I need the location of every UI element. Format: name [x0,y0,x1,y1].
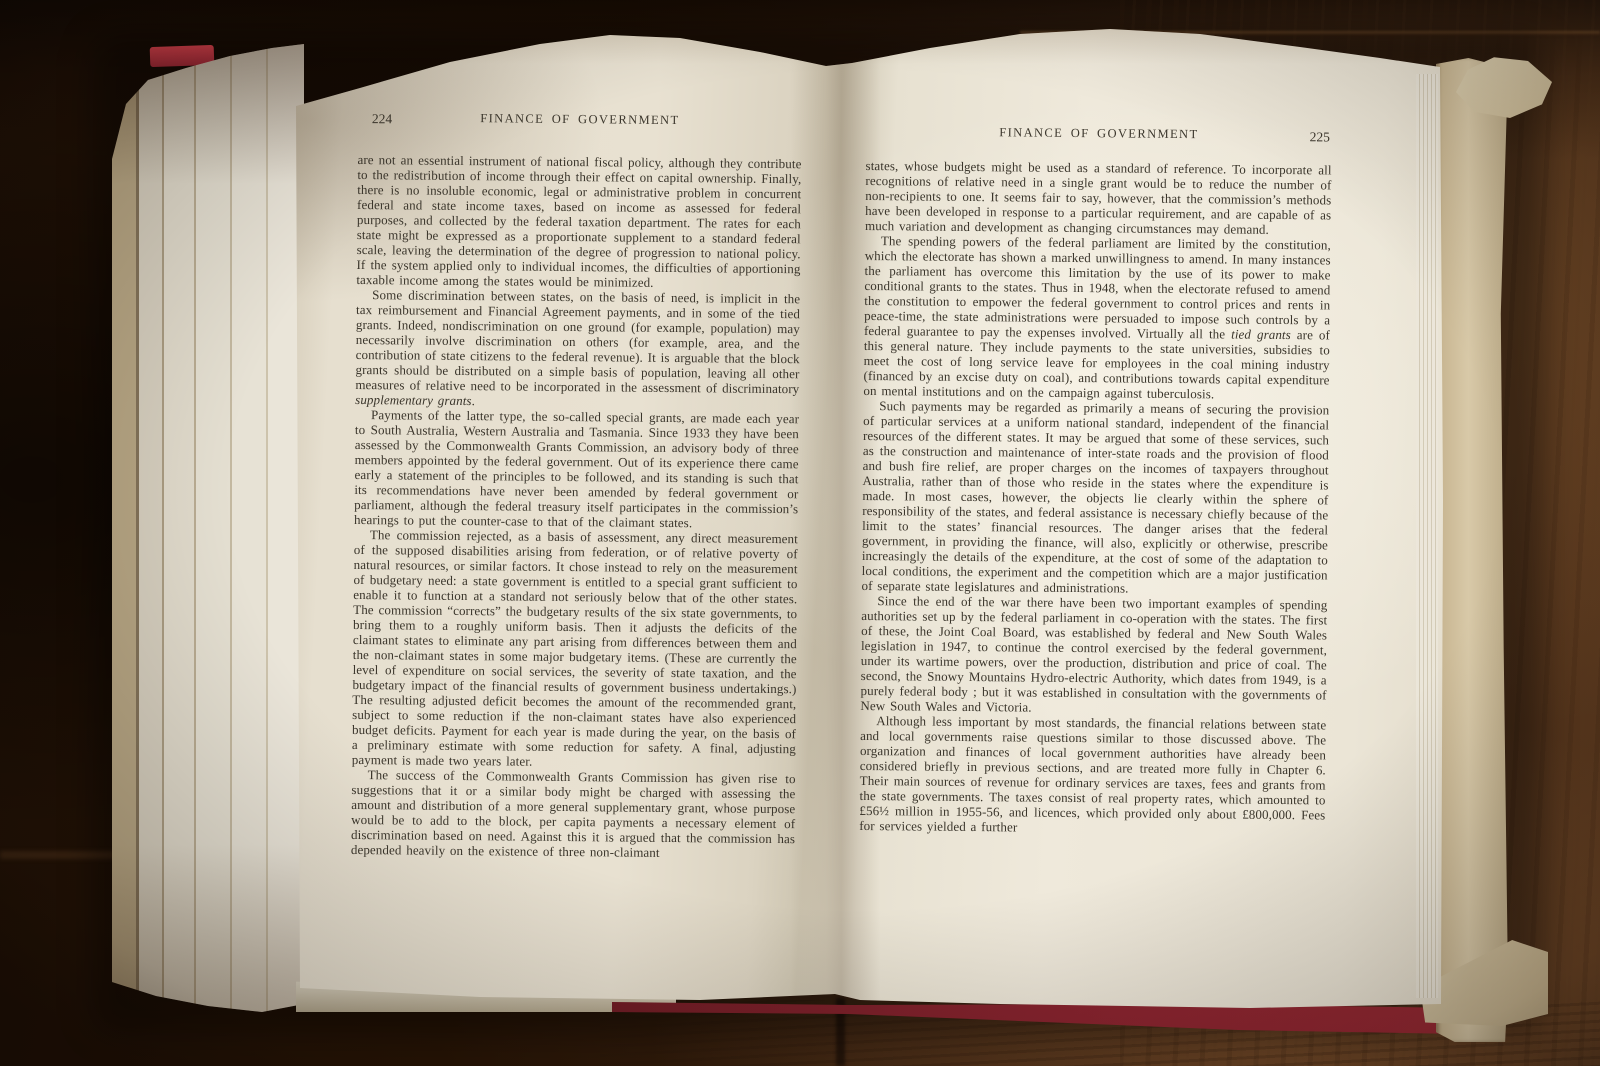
paragraph: Since the end of the war there have been… [860,593,1327,717]
left-running-title: FINANCE OF GOVERNMENT [358,110,802,129]
italic-phrase: tied grants [1231,327,1291,343]
text-run: . [472,393,476,408]
right-dust-jacket-edge [1436,58,1508,1042]
paragraph: Although less important by most standard… [859,713,1326,837]
paragraph: The success of the Commonwealth Grants C… [351,767,796,861]
right-running-head: FINANCE OF GOVERNMENT 225 [866,124,1332,146]
paragraph: The commission rejected, as a basis of a… [352,527,798,771]
photo-of-open-book: 224 FINANCE OF GOVERNMENT are not an ess… [0,0,1600,1066]
left-running-head: 224 FINANCE OF GOVERNMENT [358,110,802,132]
paragraph: Payments of the latter type, the so-call… [354,407,799,531]
text-run: Although less important by most standard… [859,713,1326,834]
paragraph: are not an essential instrument of natio… [356,152,801,291]
right-page-text: states, whose budgets might be used as a… [859,158,1331,837]
text-run: Since the end of the war there have been… [860,593,1327,714]
paragraph: Some discrimination between states, on t… [355,287,800,411]
paragraph: states, whose budgets might be used as a… [865,158,1332,237]
left-page-text: are not an essential instrument of natio… [351,152,802,861]
left-page-edge-stack [112,44,304,1016]
right-page-block-edge [1416,74,1438,998]
text-run: Some discrimination between states, on t… [355,287,800,396]
paragraph: Such payments may be regarded as primari… [861,398,1329,597]
text-run: are not an essential instrument of natio… [356,152,801,290]
paragraph: The spending powers of the federal parli… [863,233,1331,402]
right-page: FINANCE OF GOVERNMENT 225 states, whose … [859,124,1332,837]
text-run: states, whose budgets might be used as a… [865,158,1332,237]
right-page-number: 225 [1310,129,1330,145]
right-running-title: FINANCE OF GOVERNMENT [866,124,1332,143]
text-run: Payments of the latter type, the so-call… [354,407,799,530]
text-run: Such payments may be regarded as primari… [861,398,1329,595]
text-run: The success of the Commonwealth Grants C… [351,767,796,860]
text-run: The spending powers of the federal parli… [864,233,1331,341]
text-run: The commission rejected, as a basis of a… [352,527,798,769]
left-page: 224 FINANCE OF GOVERNMENT are not an ess… [351,110,802,861]
italic-phrase: supplementary grants [355,392,472,408]
